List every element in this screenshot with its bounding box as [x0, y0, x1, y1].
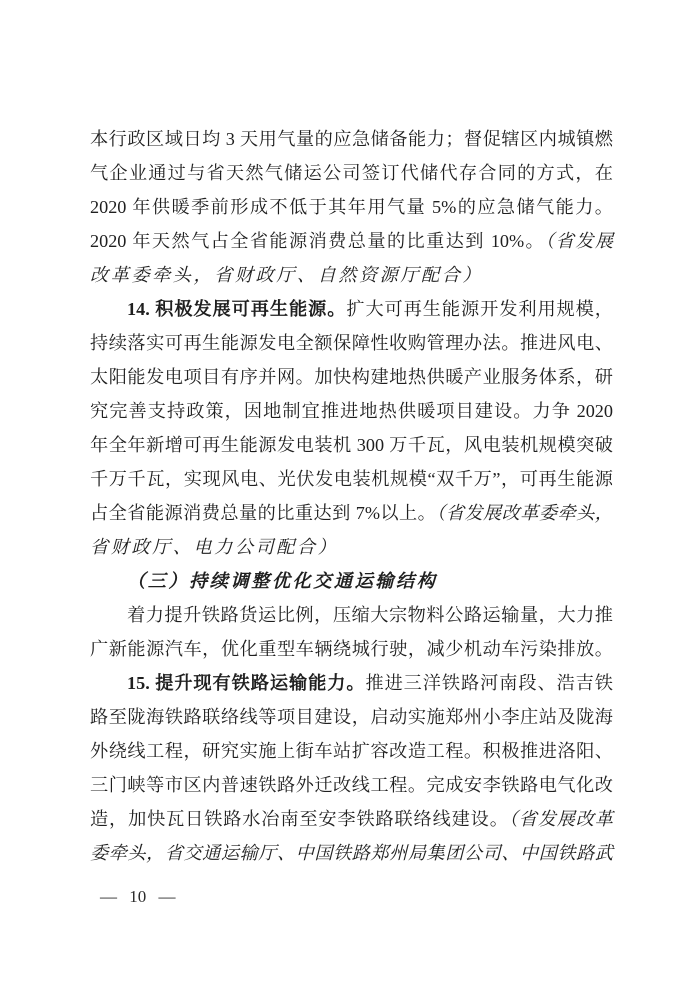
text-segment-song: 持续落实可再生能源发电全额保障性收购管理办法。推进风电、: [90, 333, 613, 353]
text-line: 究完善支持政策，因地制宜推进地热供暖项目建设。力争 2020: [90, 394, 613, 428]
text-line: 持续落实可再生能源发电全额保障性收购管理办法。推进风电、: [90, 326, 613, 360]
text-segment-song: 气企业通过与省天然气储运公司签订代储代存合同的方式，在: [90, 163, 613, 183]
text-line: 年全年新增可再生能源发电装机 300 万千瓦，风电装机规模突破: [90, 428, 613, 462]
text-line: 广新能源汽车，优化重型车辆绕城行驶，减少机动车污染排放。: [90, 632, 613, 666]
text-line: 着力提升铁路货运比例，压缩大宗物料公路运输量，大力推: [90, 598, 613, 632]
text-line: 委牵头，省交通运输厅、中国铁路郑州局集团公司、中国铁路武: [90, 836, 613, 870]
text-line: 本行政区域日均 3 天用气量的应急储备能力；督促辖区内城镇燃: [90, 122, 613, 156]
text-segment-song: 三门峡等市区内普速铁路外迁改线工程。完成安李铁路电气化改: [90, 775, 613, 795]
text-line: 14. 积极发展可再生能源。扩大可再生能源开发利用规模，: [90, 292, 613, 326]
text-segment-kai: （省发展改革委牵头，: [436, 503, 613, 523]
text-segment-kai: 委牵头，省交通运输厅、中国铁路郑州局集团公司、中国铁路武: [90, 843, 613, 863]
text-line: 气企业通过与省天然气储运公司签订代储代存合同的方式，在: [90, 156, 613, 190]
text-segment-song: 占全省能源消费总量的比重达到 7%以上。: [90, 503, 436, 523]
text-line: 造，加快瓦日铁路水冶南至安李铁路联络线建设。（省发展改革: [90, 802, 613, 836]
text-segment-kai: 省财政厅、电力公司配合）: [90, 537, 338, 557]
text-line: （三）持续调整优化交通运输结构: [90, 564, 613, 598]
text-line: 改革委牵头，省财政厅、自然资源厅配合）: [90, 258, 613, 292]
text-line: 三门峡等市区内普速铁路外迁改线工程。完成安李铁路电气化改: [90, 768, 613, 802]
text-segment-kai: （省发展: [545, 231, 613, 251]
text-line: 千万千瓦，实现风电、光伏发电装机规模“双千万”，可再生能源: [90, 462, 613, 496]
text-segment-song: 究完善支持政策，因地制宜推进地热供暖项目建设。力争 2020: [90, 401, 613, 421]
text-segment-song: 千万千瓦，实现风电、光伏发电装机规模“双千万”，可再生能源: [90, 469, 613, 489]
text-line: 外绕线工程，研究实施上街车站扩容改造工程。积极推进洛阳、: [90, 734, 613, 768]
text-segment-song: 着力提升铁路货运比例，压缩大宗物料公路运输量，大力推: [127, 605, 613, 625]
text-segment-song: 本行政区域日均 3 天用气量的应急储备能力；督促辖区内城镇燃: [90, 129, 613, 149]
text-segment-song: 2020 年天然气占全省能源消费总量的比重达到 10%。: [90, 231, 545, 251]
text-segment-song: 2020 年供暖季前形成不低于其年用气量 5%的应急储气能力。: [90, 197, 613, 217]
text-segment-song: 太阳能发电项目有序并网。加快构建地热供暖产业服务体系，研: [90, 367, 613, 387]
text-segment-song: 广新能源汽车，优化重型车辆绕城行驶，减少机动车污染排放。: [90, 639, 613, 659]
text-segment-song: 扩大可再生能源开发利用规模，: [346, 299, 613, 319]
text-line: 太阳能发电项目有序并网。加快构建地热供暖产业服务体系，研: [90, 360, 613, 394]
text-segment-song: 年全年新增可再生能源发电装机 300 万千瓦，风电装机规模突破: [90, 435, 613, 455]
text-segment-kai: 改革委牵头，省财政厅、自然资源厅配合）: [90, 265, 483, 285]
text-segment-kai: （省发展改革: [509, 809, 613, 829]
page-number: — 10 —: [100, 884, 176, 910]
text-line: 占全省能源消费总量的比重达到 7%以上。（省发展改革委牵头，: [90, 496, 613, 530]
text-segment-song-bold: 14. 积极发展可再生能源。: [127, 299, 346, 319]
text-segment-song: 路至陇海铁路联络线等项目建设，启动实施郑州小李庄站及陇海: [90, 707, 613, 727]
text-segment-song: 推进三洋铁路河南段、浩吉铁: [365, 673, 613, 693]
text-line: 2020 年天然气占全省能源消费总量的比重达到 10%。（省发展: [90, 224, 613, 258]
text-segment-song: 外绕线工程，研究实施上街车站扩容改造工程。积极推进洛阳、: [90, 741, 613, 761]
text-line: 15. 提升现有铁路运输能力。推进三洋铁路河南段、浩吉铁: [90, 666, 613, 700]
text-segment-song-bold: 15. 提升现有铁路运输能力。: [127, 673, 365, 693]
document-page: 本行政区域日均 3 天用气量的应急储备能力；督促辖区内城镇燃气企业通过与省天然气…: [0, 0, 700, 989]
text-segment-song: 造，加快瓦日铁路水冶南至安李铁路联络线建设。: [90, 809, 509, 829]
document-lines: 本行政区域日均 3 天用气量的应急储备能力；督促辖区内城镇燃气企业通过与省天然气…: [90, 122, 613, 870]
text-line: 路至陇海铁路联络线等项目建设，启动实施郑州小李庄站及陇海: [90, 700, 613, 734]
text-line: 省财政厅、电力公司配合）: [90, 530, 613, 564]
text-segment-kai-bold: （三）持续调整优化交通运输结构: [127, 571, 437, 591]
text-line: 2020 年供暖季前形成不低于其年用气量 5%的应急储气能力。: [90, 190, 613, 224]
